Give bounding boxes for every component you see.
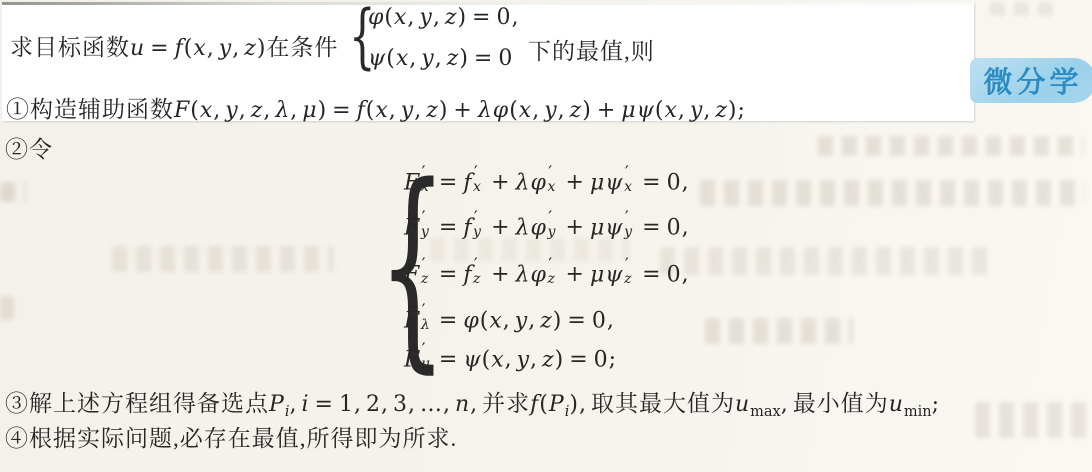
constraint-equation-1: φ(x,y,z)=0, <box>368 5 523 30</box>
condition-prefix-text: 在条件 <box>266 29 338 62</box>
ghost-bleed-through <box>990 2 1055 16</box>
equation-row-mu: F′μ=ψ(x,y,z)=0; <box>404 347 621 372</box>
ghost-bleed-through <box>0 182 26 202</box>
ghost-bleed-through <box>430 238 630 262</box>
equation-row-z: F′z=f′z+λφ′z+μψ′z=0, <box>404 262 694 287</box>
candidate-points-formula: Pi,i=1,2,3,…,n, <box>269 392 482 420</box>
auxiliary-function-formula: F(x,y,z,λ,μ)=f(x,y,z)+λφ(x,y,z)+μψ(x,y,z… <box>174 98 750 123</box>
step3-text-3: 取其最大值为 <box>591 385 735 418</box>
chapter-tab-label: 微分学 <box>983 60 1082 101</box>
function-values-formula: f(Pi), <box>530 392 591 420</box>
step3-line: ③解上述方程组得备选点 Pi,i=1,2,3,…,n, 并求 f(Pi), 取其… <box>5 385 944 420</box>
constraint-suffix-text: 下的最值,则 <box>528 33 655 66</box>
equation-row-y: F′y=f′y+λφ′y+μψ′y=0, <box>404 215 694 240</box>
ghost-bleed-through <box>112 246 334 272</box>
step1-label-text: ①构造辅助函数 <box>6 91 174 124</box>
problem-statement-line: 求目标函数 u=f(x,y,z) 在条件 <box>10 29 338 62</box>
objective-function-formula: u=f(x,y,z) <box>130 36 266 61</box>
ghost-bleed-through <box>700 180 1085 206</box>
ghost-bleed-through <box>705 318 853 344</box>
ghost-bleed-through <box>975 402 1087 438</box>
step4-line: ④根据实际问题,必存在最值,所得即为所求. <box>5 420 457 453</box>
step3-text-2: 并求 <box>482 385 530 418</box>
ghost-bleed-through <box>660 247 995 275</box>
ghost-bleed-through <box>0 296 14 320</box>
min-value-formula: umin; <box>889 392 944 420</box>
step3-text-4: 最小值为 <box>793 385 889 418</box>
step1-line: ①构造辅助函数 F(x,y,z,λ,μ)=f(x,y,z)+λφ(x,y,z)+… <box>6 91 750 124</box>
step2-label: ②令 <box>5 131 53 164</box>
step3-text-1: ③解上述方程组得备选点 <box>5 385 269 418</box>
max-value-formula: umax, <box>735 392 793 420</box>
constraint-equation-2: ψ(x,y,z)=0 <box>368 46 513 71</box>
problem-statement-text: 求目标函数 <box>10 29 130 62</box>
ghost-bleed-through <box>818 136 1084 156</box>
chapter-tab: 微分学 <box>970 58 1092 103</box>
equation-row-x: F′x=f′x+λφ′x+μψ′x=0, <box>404 170 694 195</box>
equation-row-lambda: F′λ=φ(x,y,z)=0, <box>404 308 619 333</box>
scanned-textbook-page: 求目标函数 u=f(x,y,z) 在条件 { φ(x,y,z)=0, ψ(x,y… <box>0 0 1092 472</box>
